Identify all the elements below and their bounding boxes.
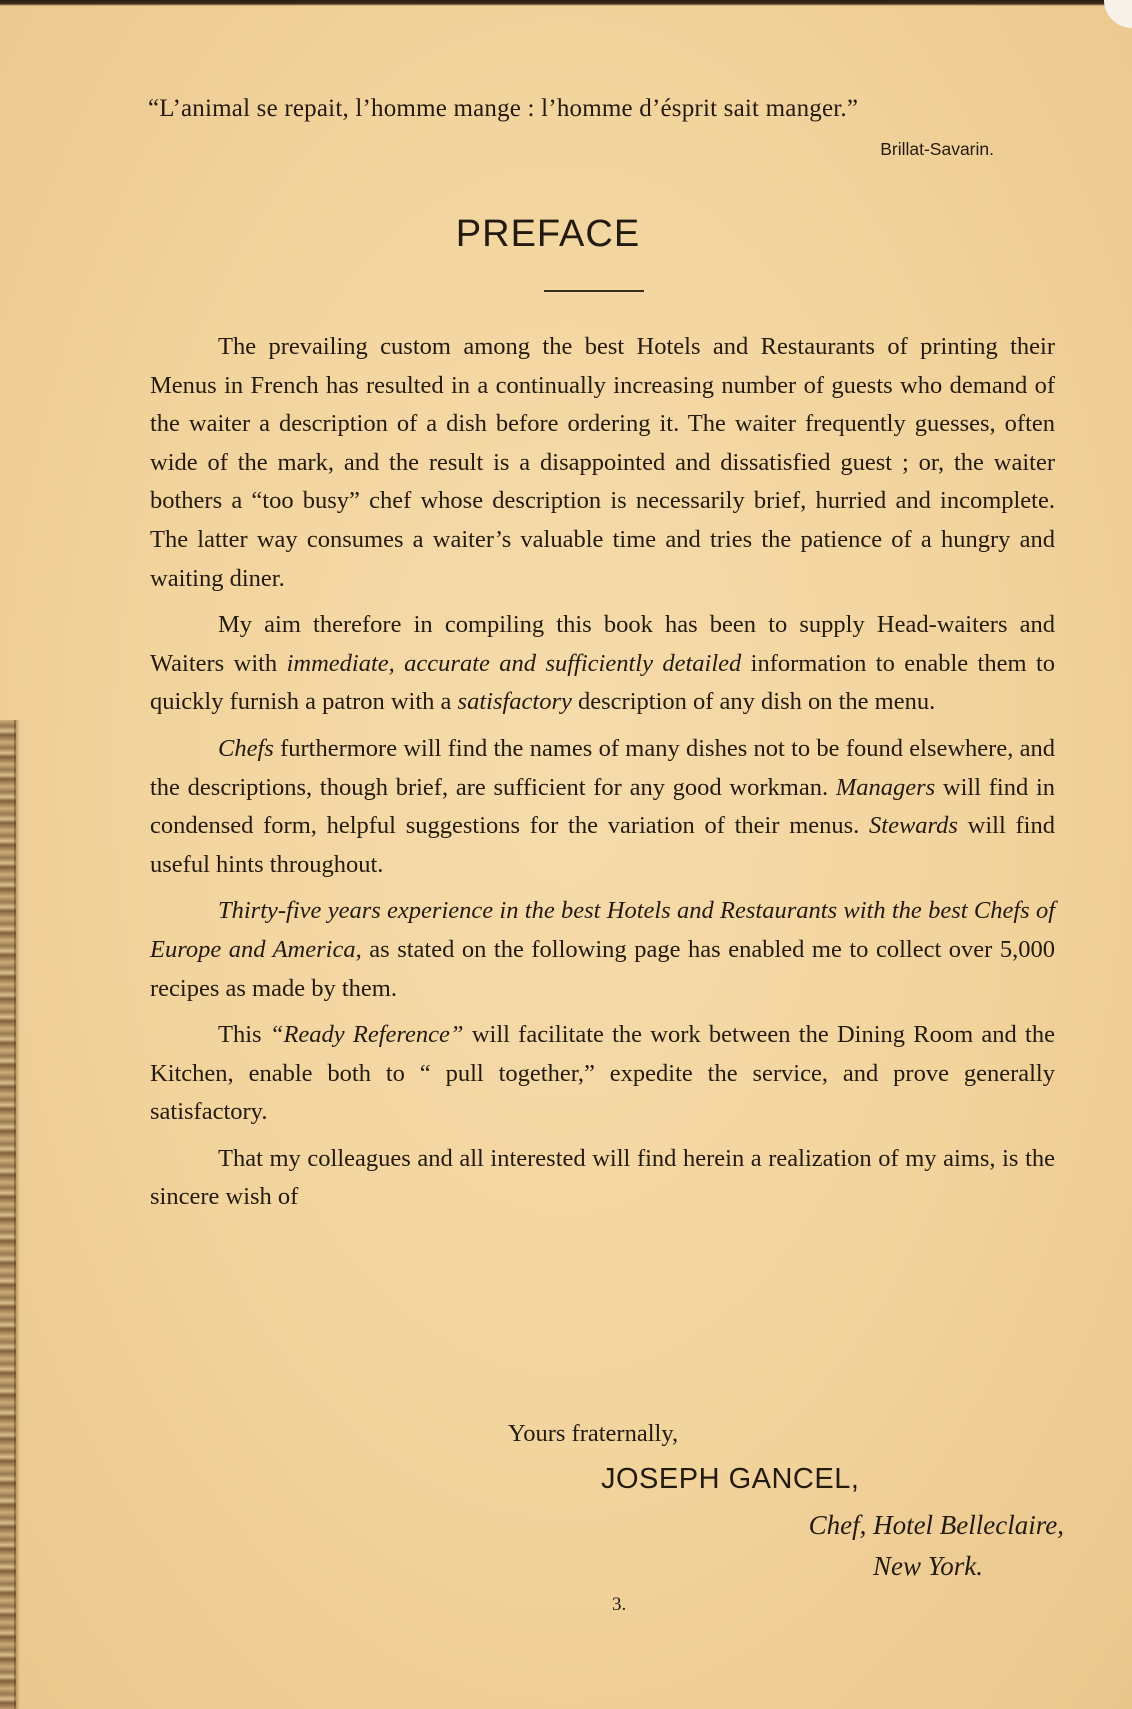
paragraph: Thirty-five years experience in the best… bbox=[150, 892, 1055, 1008]
emphasis-text: immediate, accurate and sufficiently det… bbox=[287, 650, 742, 677]
closing-salutation: Yours fraternally, bbox=[508, 1420, 678, 1448]
emphasis-text: “Ready Reference” bbox=[270, 1021, 464, 1048]
paragraph: My aim therefore in compiling this book … bbox=[150, 606, 1055, 722]
emphasis-text: satisfactory bbox=[458, 688, 572, 715]
epigraph-attribution: Brillat-Savarin. bbox=[700, 139, 994, 160]
spine-shadow bbox=[14, 720, 20, 1709]
body-text: The prevailing custom among the best Hot… bbox=[150, 333, 1055, 592]
body-text: description of any dish on the menu. bbox=[572, 688, 935, 715]
page-number: 3. bbox=[612, 1594, 626, 1616]
page-top-edge bbox=[0, 0, 1132, 6]
body-text: That my colleagues and all interested wi… bbox=[150, 1145, 1055, 1211]
signature-name: JOSEPH GANCEL, bbox=[601, 1463, 859, 1496]
paragraph: That my colleagues and all interested wi… bbox=[150, 1140, 1055, 1217]
paragraph: This “Ready Reference” will facilitate t… bbox=[150, 1016, 1055, 1132]
emphasis-text: Managers bbox=[836, 774, 935, 801]
epigraph-quote: “L’animal se repait, l’homme mange : l’h… bbox=[148, 95, 1048, 123]
paragraph: The prevailing custom among the best Hot… bbox=[150, 328, 1055, 598]
preface-body: The prevailing custom among the best Hot… bbox=[150, 328, 1055, 1225]
signature-title: Chef, Hotel Belleclaire, bbox=[700, 1510, 1064, 1541]
body-text: This bbox=[218, 1021, 270, 1048]
title-divider bbox=[544, 290, 644, 292]
page-title: PREFACE bbox=[0, 213, 1096, 256]
signature-place: New York. bbox=[700, 1551, 983, 1582]
emphasis-text: Stewards bbox=[869, 812, 958, 839]
emphasis-text: Chefs bbox=[218, 735, 274, 762]
paragraph: Chefs furthermore will find the names of… bbox=[150, 730, 1055, 884]
